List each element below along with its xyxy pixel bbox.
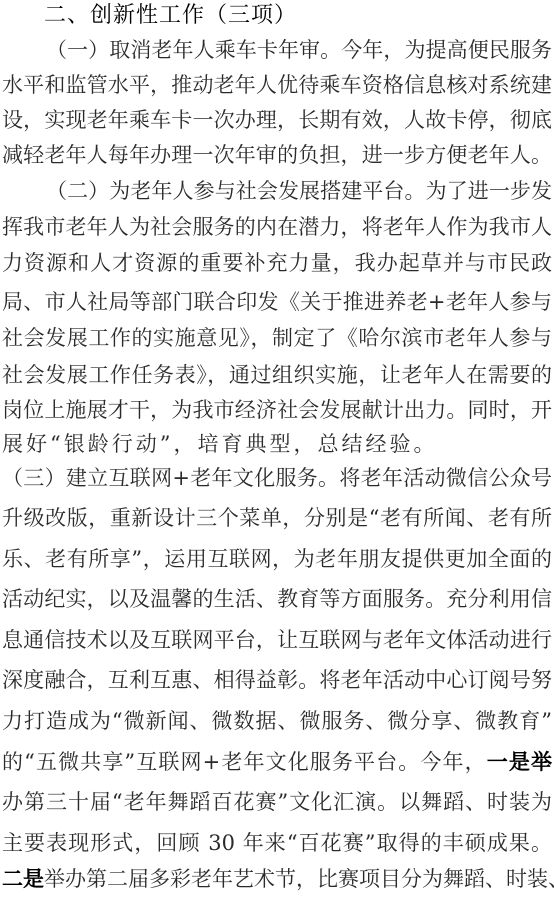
paragraph-3-line-6: 深度融合，互利互惠、相得益彰。将老年活动中心订阅号努 bbox=[2, 667, 552, 693]
paragraph-3-line-2: 升级改版，重新设计三个菜单，分别是“老有所闻、老有所 bbox=[2, 505, 552, 531]
paragraph-1-line-1: （一）取消老年人乘车卡年审。今年，为提高便民服务 bbox=[46, 37, 552, 63]
paragraph-2-line-7: 岗位上施展才干，为我市经济社会发展献计出力。同时，开 bbox=[2, 397, 552, 423]
paragraph-1-line-3: 设，实现老年乘车卡一次办理，长期有效，人故卡停，彻底 bbox=[2, 107, 552, 133]
paragraph-2-line-8: 展好“银龄行动”，培育典型，总结经验。 bbox=[2, 431, 552, 457]
paragraph-3-line-8: 的“五微共享”互联网+老年文化服务平台。今年，一是举 bbox=[2, 749, 552, 775]
paragraph-3-line-4: 活动纪实，以及温馨的生活、教育等方面服务。充分利用信 bbox=[2, 586, 552, 612]
paragraph-3-line-3: 乐、老有所享”，运用互联网，为老年朋友提供更加全面的 bbox=[2, 546, 552, 572]
paragraph-1-line-4: 减轻老年人每年办理一次年审的负担，进一步方便老年人。 bbox=[2, 142, 552, 168]
bold-marker-first: 一是举 bbox=[487, 750, 552, 774]
paragraph-3-line-5: 息通信技术以及互联网平台，让互联网与老年文体活动进行 bbox=[2, 627, 552, 653]
paragraph-2-line-4: 局、市人社局等部门联合印发《关于推进养老+老年人参与 bbox=[2, 289, 552, 315]
document-page: 二、创新性工作（三项） （一）取消老年人乘车卡年审。今年，为提高便民服务 水平和… bbox=[0, 0, 554, 908]
line-text: 的“五微共享”互联网+老年文化服务平台。今年， bbox=[2, 750, 487, 774]
paragraph-2-line-3: 力资源和人才资源的重要补充力量，我办起草并与市民政 bbox=[2, 250, 552, 276]
paragraph-3-line-7: 力打造成为“微新闻、微数据、微服务、微分享、微教育” bbox=[2, 708, 552, 734]
paragraph-2-line-5: 社会发展工作的实施意见》，制定了《哈尔滨市老年人参与 bbox=[2, 325, 552, 351]
section-heading: 二、创新性工作（三项） bbox=[44, 3, 297, 29]
paragraph-3-line-10: 主要表现形式，回顾 30 年来“百花赛”取得的丰硕成果。 bbox=[2, 830, 552, 856]
paragraph-3-line-11: 二是举办第二届多彩老年艺术节，比赛项目分为舞蹈、时装、 bbox=[2, 866, 552, 892]
paragraph-2-line-1: （二）为老年人参与社会发展搭建平台。为了进一步发 bbox=[46, 178, 552, 204]
paragraph-2-line-6: 社会发展工作任务表》，通过组织实施，让老年人在需要的 bbox=[2, 362, 552, 388]
paragraph-1-line-2: 水平和监管水平，推动老年人优待乘车资格信息核对系统建 bbox=[2, 72, 552, 98]
paragraph-3-line-1: （三）建立互联网+老年文化服务。将老年活动微信公众号 bbox=[2, 465, 552, 491]
paragraph-2-line-2: 挥我市老年人为社会服务的内在潜力，将老年人作为我市人 bbox=[2, 214, 552, 240]
bold-marker-second: 二是 bbox=[2, 867, 44, 891]
line-text: 举办第二届多彩老年艺术节，比赛项目分为舞蹈、时装、 bbox=[44, 867, 554, 891]
paragraph-3-line-9: 办第三十届“老年舞蹈百花赛”文化汇演。以舞蹈、时装为 bbox=[2, 789, 552, 815]
